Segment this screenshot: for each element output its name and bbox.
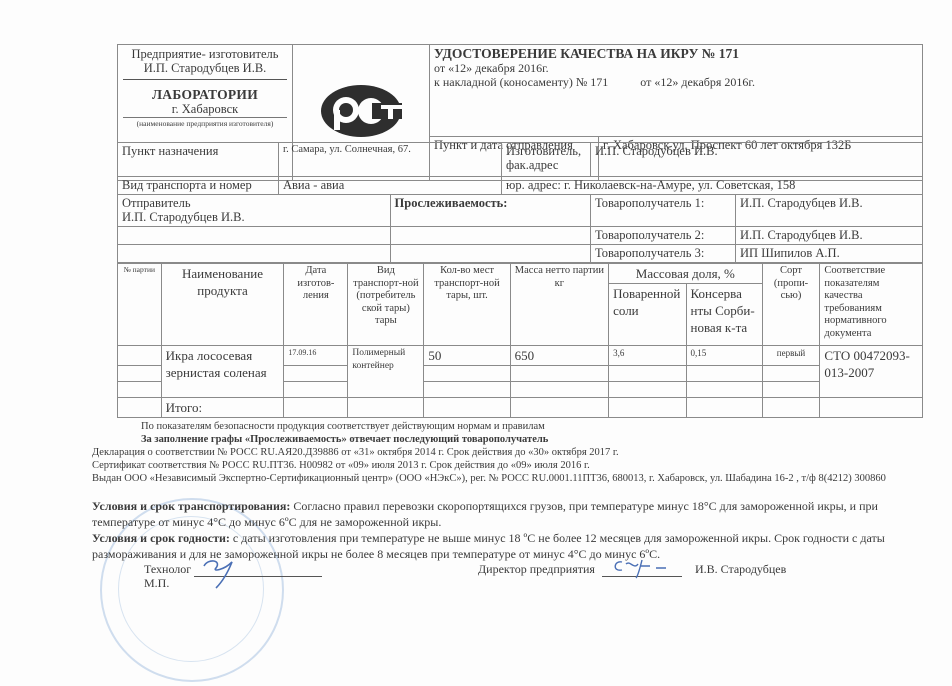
empty-cell	[118, 245, 391, 263]
product-name: Икра лососевая зернистая соленая	[161, 346, 284, 398]
empty-cell	[762, 366, 820, 382]
lab-city: г. Хабаровск	[123, 102, 287, 118]
invoice-date: от «12» декабря 2016г.	[640, 75, 755, 89]
empty-cell	[424, 382, 510, 398]
lab-title: ЛАБОРАТОРИИ	[121, 88, 289, 102]
empty-cell	[284, 382, 348, 398]
destination-value: г. Самара, ул. Солнечная, 67.	[279, 143, 502, 177]
technologist-label: Технолог	[144, 562, 191, 576]
recipient-3-label: Товарополучатель 3:	[591, 245, 736, 263]
empty-cell	[390, 245, 591, 263]
manufacturer-name: И.П. Стародубцев И.В.	[123, 61, 287, 80]
empty-cell	[686, 398, 762, 418]
transport-conditions: Условия и срок транспортирования: Соглас…	[92, 498, 937, 530]
director-signature: Директор предприятия И.В. Стародубцев	[478, 561, 786, 577]
col-manufacture-date: Дата изготов-ления	[284, 264, 348, 346]
traceability-label: Прослеживаемость:	[390, 195, 591, 227]
lab-caption: (наименование предприятия изготовителя)	[121, 119, 289, 129]
certificate-line: Сертификат соответствия № РОСС RU.ПТ36. …	[92, 459, 932, 472]
col-batch-no: № партии	[118, 264, 162, 346]
issued-by-line: Выдан ООО «Независимый Экспертно-Сертифи…	[92, 472, 932, 485]
salt-value: 3,6	[609, 346, 686, 366]
recipient-2-label: Товарополучатель 2:	[591, 227, 736, 245]
technologist-signature-line	[194, 562, 322, 577]
certificate-title-block: УДОСТОВЕРЕНИЕ КАЧЕСТВА НА ИКРУ № 171 от …	[430, 45, 923, 137]
traceability-responsibility-note: За заполнение графы «Прослеживаемость» о…	[141, 433, 548, 446]
invoice-line: к накладной (коносаменту) № 171 от «12» …	[434, 75, 918, 89]
empty-cell	[390, 227, 591, 245]
col-preservative: Консерва нты Сорби-новая к-та	[686, 284, 762, 346]
sender-value: И.П. Стародубцев И.В.	[122, 210, 386, 224]
recipient-1-label: Товарополучатель 1:	[591, 195, 736, 227]
declaration-line: Декларация о соответствии № РОСС RU.АЯ20…	[92, 446, 932, 459]
empty-cell	[686, 382, 762, 398]
preservative-value: 0,15	[686, 346, 762, 366]
stamp-label: М.П.	[144, 575, 169, 591]
net-mass: 650	[510, 346, 608, 366]
sender-cell: Отправитель И.П. Стародубцев И.В.	[118, 195, 391, 227]
certificate-date: от «12» декабря 2016г.	[434, 61, 918, 75]
director-signature-line	[602, 562, 682, 577]
empty-cell	[510, 398, 608, 418]
producer-label: Изготовитель, фак.адрес	[502, 143, 591, 177]
empty-cell	[284, 398, 348, 418]
total-label: Итого:	[161, 398, 284, 418]
empty-cell	[510, 382, 608, 398]
table-row: Икра лососевая зернистая соленая 17.09.1…	[118, 346, 923, 366]
director-name: И.В. Стародубцев	[695, 562, 786, 576]
empty-cell	[118, 227, 391, 245]
col-compliance: Соответствие показателям качества требов…	[820, 264, 923, 346]
compliance-value: СТО 00472093-013-2007	[820, 346, 923, 398]
recipient-1-value: И.П. Стародубцев И.В.	[736, 195, 923, 227]
sender-label: Отправитель	[122, 196, 386, 210]
packaging-type: Полимерный контейнер	[348, 346, 424, 398]
empty-cell	[118, 398, 162, 418]
grade-value: первый	[762, 346, 820, 366]
empty-cell	[424, 398, 510, 418]
col-package-count: Кол-во мест транспорт-ной тары, шт.	[424, 264, 510, 346]
col-grade: Сорт (пропи-сью)	[762, 264, 820, 346]
empty-cell	[820, 398, 923, 418]
empty-cell	[510, 366, 608, 382]
rst-logo-icon	[319, 83, 403, 139]
director-signature-icon	[608, 556, 672, 580]
destination-label: Пункт назначения	[118, 143, 279, 177]
col-net-mass: Масса нетто партии кг	[510, 264, 608, 346]
manufacturer-label: Предприятие- изготовитель	[121, 47, 289, 61]
invoice-ref: к накладной (коносаменту) № 171	[434, 75, 608, 89]
product-table: № партии Наименование продукта Дата изго…	[117, 263, 923, 418]
empty-cell	[348, 398, 424, 418]
empty-cell	[118, 382, 162, 398]
empty-cell	[762, 398, 820, 418]
certificate-title: УДОСТОВЕРЕНИЕ КАЧЕСТВА НА ИКРУ № 171	[434, 47, 918, 61]
empty-cell	[609, 366, 686, 382]
empty-cell	[118, 366, 162, 382]
shipping-table: Пункт назначения г. Самара, ул. Солнечна…	[117, 142, 923, 263]
director-label: Директор предприятия	[478, 562, 595, 576]
recipient-2-value: И.П. Стародубцев И.В.	[736, 227, 923, 245]
technologist-signature: Технолог	[144, 561, 322, 577]
shelf-life-label: Условия и срок годности:	[92, 531, 230, 545]
recipient-3-value: ИП Шипилов А.П.	[736, 245, 923, 263]
package-count: 50	[424, 346, 510, 366]
empty-cell	[424, 366, 510, 382]
total-row: Итого:	[118, 398, 923, 418]
empty-cell	[609, 398, 686, 418]
batch-no	[118, 346, 162, 366]
empty-cell	[762, 382, 820, 398]
safety-note: По показателям безопасности продукция со…	[141, 420, 545, 433]
manufacture-date: 17.09.16	[284, 346, 348, 366]
col-mass-fraction: Массовая доля, %	[609, 264, 763, 284]
legal-address: юр. адрес: г. Николаевск-на-Амуре, ул. С…	[502, 177, 923, 195]
col-packaging-type: Вид транспорт-ной (потребитель ской тары…	[348, 264, 424, 346]
transport-label: Вид транспорта и номер	[118, 177, 279, 195]
empty-cell	[284, 366, 348, 382]
empty-cell	[686, 366, 762, 382]
transport-value: Авиа - авиа	[279, 177, 502, 195]
col-product-name: Наименование продукта	[161, 264, 284, 346]
producer-value: И.П. Стародубцев И.В.	[591, 143, 923, 177]
col-salt: Поваренной соли	[609, 284, 686, 346]
transport-conditions-label: Условия и срок транспортирования:	[92, 499, 290, 513]
empty-cell	[609, 382, 686, 398]
technologist-signature-icon	[198, 556, 258, 590]
